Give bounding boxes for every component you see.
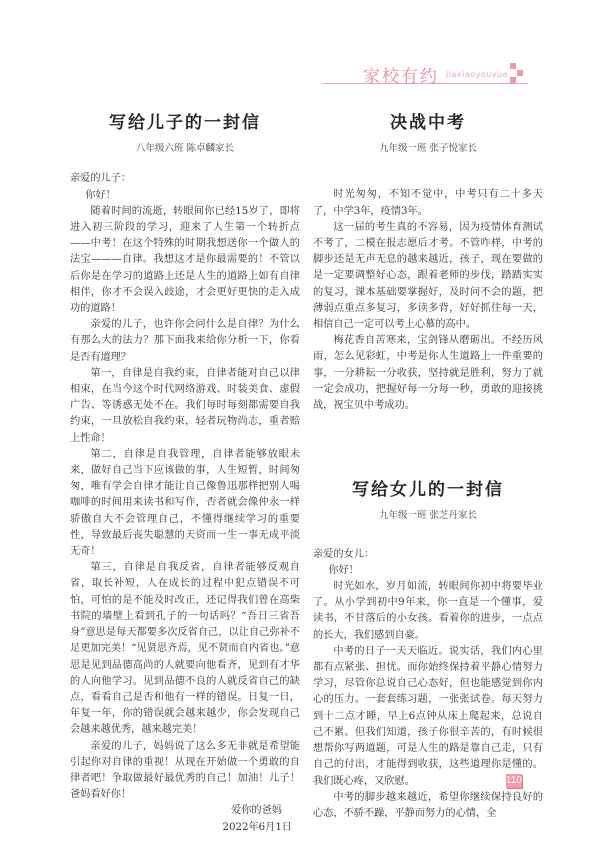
greeting: 你好！ xyxy=(70,188,300,204)
section-logo-icon xyxy=(510,63,530,85)
paragraph: 中考的日子一天天临近。说实话，我们内心里都有点紧张、担忧。而你始终保持着平静心情… xyxy=(313,644,543,790)
article-title-daughter-letter: 写给女儿的一封信 xyxy=(313,482,543,498)
paragraph: 随着时间的流逝，转眼间你已经15岁了，即将进入初三阶段的学习，迎来了人生第一个转… xyxy=(70,204,300,317)
page-header: 家校有约 jiaxiaoyouyue xyxy=(0,0,600,100)
page-number: 110 xyxy=(506,774,522,788)
article-title-son-letter: 写给儿子的一封信 xyxy=(70,115,300,131)
right-column: 决战中考 九年级一班 张子悦家长 时光匆匆，不知不觉中，中考只有二十多天了，中学… xyxy=(313,115,543,822)
article-byline: 九年级一班 张子悦家长 xyxy=(313,141,543,157)
article-byline: 九年级一班 张芝丹家长 xyxy=(313,508,543,524)
article-byline: 八年级六班 陈卓麟家长 xyxy=(70,141,300,157)
paragraph: 这一届的考生真的不容易，因为疫情体育测试不考了，二模在报志愿后才考。不管咋样，中… xyxy=(313,220,543,333)
signature: 爱你的爸妈 xyxy=(70,803,282,819)
paragraph: 亲爱的儿子，妈妈说了这么多无非就是希望能引起你对自律的重视！从现在开始做一个勇敢… xyxy=(70,739,300,804)
paragraph: 第三，自律是自我反省，自律者能够反观自省，取长补短，人在成长的过程中犯点错误不可… xyxy=(70,560,300,738)
section-pinyin: jiaxiaoyouyue xyxy=(446,70,508,79)
paragraph: 梅花香自苦寒来，宝剑锋从磨砺出。不经历风雨，怎么见彩虹，中考是你人生道路上一件重… xyxy=(313,333,543,414)
salutation: 亲爱的女儿： xyxy=(313,547,543,563)
paragraph: 时光匆匆，不知不觉中，中考只有二十多天了，中学3年，疫情3年。 xyxy=(313,187,543,219)
left-column: 写给儿子的一封信 八年级六班 陈卓麟家长 亲爱的儿子： 你好！ 随着时间的流逝，… xyxy=(70,115,300,836)
paragraph: 时光如水，岁月如流，转眼间你初中将要毕业了。从小学到初中9年来，你一直是一个懂事… xyxy=(313,579,543,644)
paragraph: 中考的脚步越来越近，希望你继续保持良好的心态，不骄不躁，平静而努力的心情，全 xyxy=(313,790,543,822)
paragraph: 第二，自律是自我管理，自律者能够放眼未来，做好自己当下应该做的事，人生短暂，时间… xyxy=(70,447,300,560)
article-title-exam: 决战中考 xyxy=(313,115,543,131)
header-divider xyxy=(322,83,528,84)
salutation: 亲爱的儿子： xyxy=(70,171,300,187)
paragraph: 亲爱的儿子，也许你会问什么是自律？为什么有那么大的法力？那下面我来给你分析一下，… xyxy=(70,317,300,366)
letter-date: 2022年6月1日 xyxy=(70,820,292,836)
greeting: 你好！ xyxy=(313,563,543,579)
paragraph: 第一，自律是自我约束，自律者能对自己以律相束，在当今这个时代网络游戏、时装美食、… xyxy=(70,366,300,447)
